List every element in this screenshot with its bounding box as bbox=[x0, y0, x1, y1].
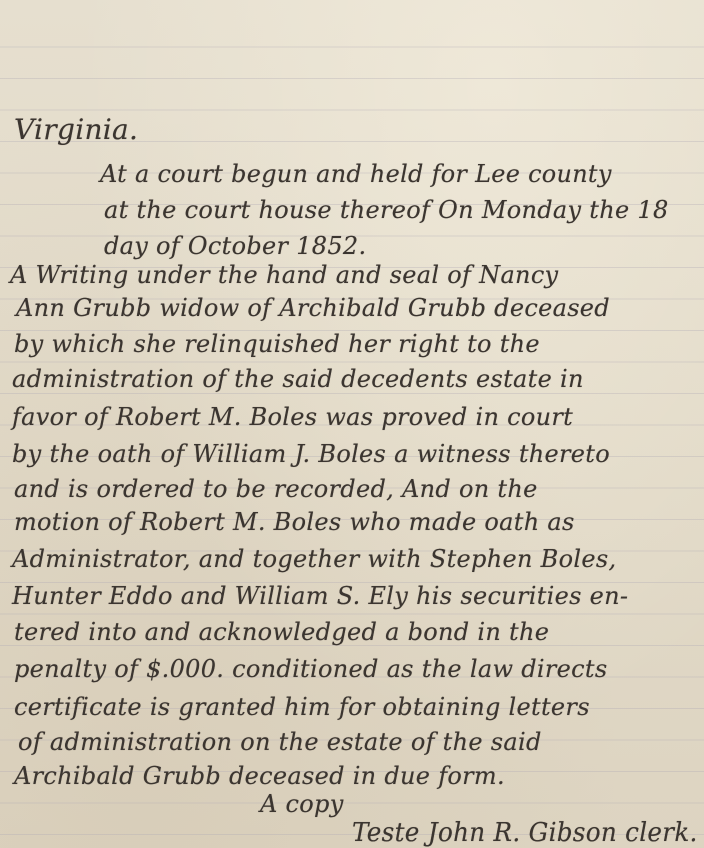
text-line-14: tered into and acknowledged a bond in th… bbox=[14, 618, 549, 646]
closing-a-copy: A copy bbox=[260, 790, 344, 818]
text-line-18: Archibald Grubb deceased in due form. bbox=[14, 762, 505, 790]
text-line-3: day of October 1852. bbox=[104, 232, 366, 260]
text-line-16: certificate is granted him for obtaining… bbox=[14, 693, 590, 721]
document-page: Virginia. At a court begun and held for … bbox=[0, 0, 704, 848]
text-line-1: At a court begun and held for Lee county bbox=[100, 160, 698, 188]
text-line-9: by the oath of William J. Boles a witnes… bbox=[12, 440, 610, 468]
text-line-13: Hunter Eddo and William S. Ely his secur… bbox=[12, 582, 628, 610]
text-line-6: by which she relinquished her right to t… bbox=[14, 330, 540, 358]
text-line-4: A Writing under the hand and seal of Nan… bbox=[10, 261, 558, 289]
text-line-11: motion of Robert M. Boles who made oath … bbox=[14, 508, 575, 536]
text-line-5: Ann Grubb widow of Archibald Grubb decea… bbox=[16, 294, 610, 322]
text-line-8: favor of Robert M. Boles was proved in c… bbox=[12, 403, 573, 431]
text-line-17: of administration on the estate of the s… bbox=[18, 728, 542, 756]
text-line-2: at the court house thereof On Monday the… bbox=[104, 196, 669, 224]
text-line-7: administration of the said decedents est… bbox=[12, 365, 584, 393]
text-line-15: penalty of $.000. conditioned as the law… bbox=[14, 655, 607, 683]
text-line-12: Administrator, and together with Stephen… bbox=[12, 545, 616, 573]
heading-virginia: Virginia. bbox=[14, 113, 138, 146]
clerk-signature: Teste John R. Gibson clerk. bbox=[352, 818, 698, 848]
text-line-10: and is ordered to be recorded, And on th… bbox=[14, 475, 538, 503]
